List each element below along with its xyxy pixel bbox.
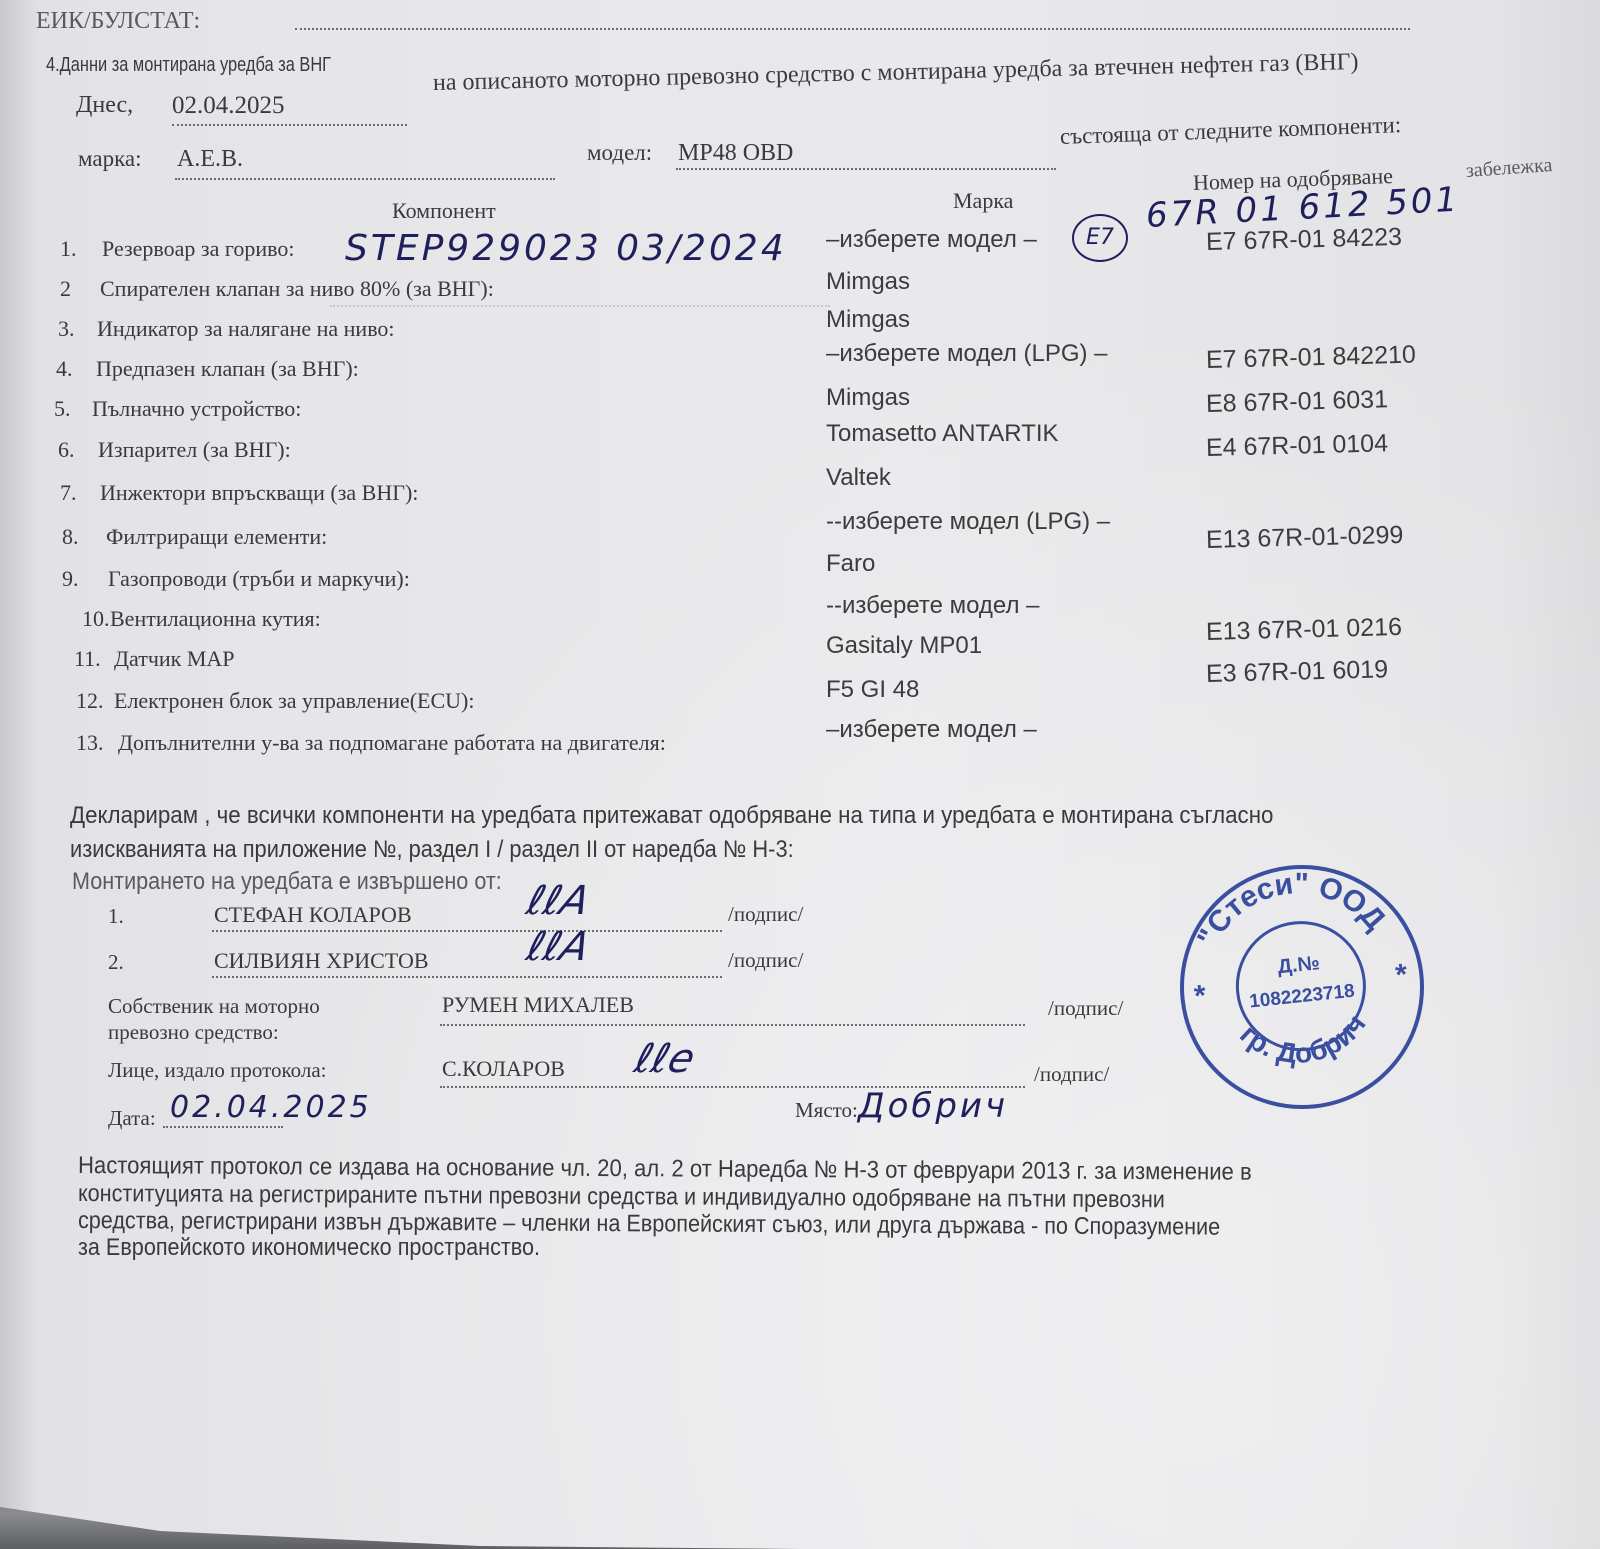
installed-by-label: Монтирането на уредбата е извършено от: — [72, 868, 502, 896]
component-label: Пълначно устройство: — [92, 396, 301, 422]
component-num: 6. — [58, 437, 75, 463]
component-label: Допълнителни у-ва за подпомагане работат… — [118, 730, 666, 756]
component-num: 13. — [76, 730, 104, 756]
installer-1-signature: ℓℓA — [522, 878, 595, 924]
company-stamp: "Стеси" ООД гр. Добрич * * Д.№ 108222371… — [1168, 853, 1436, 1121]
place-label: Място: — [795, 1098, 858, 1123]
component-label: Електронен блок за управление(ECU): — [114, 688, 475, 714]
row-dotted-line — [330, 305, 830, 307]
component-num: 11. — [74, 646, 101, 672]
system-brand: A.E.B. — [177, 146, 243, 173]
installer-2-signature: ℓℓA — [522, 924, 595, 970]
component-approval-number: E7 67R-01 84223 — [1206, 223, 1403, 257]
component-approval-number: E4 67R-01 0104 — [1206, 429, 1389, 463]
owner-line — [440, 1024, 1025, 1026]
issuer-name: С.КОЛАРОВ — [442, 1056, 565, 1082]
installer-2-sign-label: /подпис/ — [728, 948, 803, 973]
component-num: 12. — [76, 688, 104, 714]
footer-line-4: за Европейското икономическо пространств… — [78, 1234, 540, 1262]
component-label: Филтриращи елементи: — [106, 524, 327, 550]
install-date: 02.04.2025 — [172, 92, 285, 120]
issuer-label: Лице, издало протокола: — [108, 1058, 326, 1083]
owner-sign-label: /подпис/ — [1048, 996, 1123, 1021]
component-approval-number: E13 67R-01 0216 — [1206, 613, 1403, 647]
component-brand: –изберете модел – — [826, 716, 1037, 744]
declaration-line-1: Декларирам , че всички компоненти на уре… — [70, 802, 1273, 830]
model-line — [676, 168, 1056, 170]
install-date-line — [172, 124, 407, 126]
eik-field-line — [295, 28, 1410, 30]
component-brand: --изберете модел – — [826, 592, 1039, 620]
component-brand: –изберете модел – — [826, 226, 1037, 254]
component-num: 3. — [58, 316, 75, 342]
component-num: 4. — [56, 356, 73, 382]
handwritten-date: 02.04.2025 — [170, 1090, 372, 1125]
component-label: Вентилационна кутия: — [110, 606, 321, 632]
component-num: 1. — [60, 236, 77, 262]
date-line — [163, 1126, 283, 1128]
handwritten-e7-circle: E7 — [1072, 214, 1128, 262]
vehicle-description: на описаното моторно превозно средство с… — [433, 49, 1359, 97]
component-brand: Tomasetto ANTARTIK — [826, 420, 1059, 448]
installer-2-line — [212, 976, 722, 978]
today-label: Днес, — [76, 92, 133, 119]
header-component: Компонент — [392, 198, 496, 224]
component-approval-number: E3 67R-01 6019 — [1206, 655, 1389, 689]
component-brand: Mimgas — [826, 268, 910, 296]
declaration-line-2: изискванията на приложение №, раздел I /… — [70, 836, 794, 864]
issuer-sign-label: /подпис/ — [1034, 1062, 1109, 1087]
brand-label: марка: — [78, 146, 142, 172]
components-intro: състояща от следните компоненти: — [1060, 112, 1402, 150]
component-approval-number: E13 67R-01-0299 — [1206, 521, 1404, 555]
installer-2-num: 2. — [108, 950, 124, 975]
brand-line — [175, 178, 555, 180]
handwritten-place: Добрич — [858, 1086, 1008, 1126]
component-label: Спирателен клапан за ниво 80% (за ВНГ): — [100, 276, 494, 302]
header-note: забележка — [1465, 154, 1553, 183]
component-num: 5. — [54, 396, 71, 422]
floor-background — [0, 1489, 1600, 1549]
stamp-dn-label: Д.№ — [1236, 948, 1362, 984]
component-brand: --изберете модел (LPG) – — [826, 508, 1110, 536]
component-label: Предпазен клапан (за ВНГ): — [96, 356, 359, 382]
eik-label: ЕИК/БУЛСТАТ: — [36, 8, 200, 35]
component-label: Изпарител (за ВНГ): — [98, 437, 291, 463]
component-brand: F5 GI 48 — [826, 676, 919, 704]
component-num: 9. — [62, 566, 79, 592]
component-brand: Mimgas — [826, 306, 910, 334]
component-num: 2 — [60, 276, 71, 302]
section-title: 4.Данни за монтирана уредба за ВНГ — [46, 54, 331, 77]
component-approval-number: E7 67R-01 842210 — [1206, 341, 1417, 375]
component-brand: Gasitaly MP01 — [826, 632, 982, 660]
system-model: MP48 OBD — [678, 140, 793, 167]
stamp-dn-number: 1082223718 — [1233, 979, 1371, 1015]
component-num: 7. — [60, 480, 77, 506]
date-label: Дата: — [108, 1106, 156, 1131]
component-label: Газопроводи (тръби и маркучи): — [108, 566, 410, 592]
owner-name: РУМЕН МИХАЛЕВ — [442, 992, 634, 1018]
installer-1-num: 1. — [108, 904, 124, 929]
component-brand: –изберете модел (LPG) – — [826, 340, 1108, 368]
issuer-signature: ℓℓe — [630, 1036, 700, 1082]
component-num: 8. — [62, 524, 79, 550]
owner-label-1: Собственик на моторно — [108, 994, 320, 1019]
component-brand: Valtek — [826, 464, 891, 492]
component-num: 10. — [82, 606, 110, 632]
document-paper: ЕИК/БУЛСТАТ: 4.Данни за монтирана уредба… — [0, 0, 1600, 1549]
component-approval-number: E8 67R-01 6031 — [1206, 385, 1389, 419]
component-brand: Faro — [826, 550, 875, 578]
handwritten-tank-serial: STEP929023 03/2024 — [345, 228, 787, 269]
component-brand: Mimgas — [826, 384, 910, 412]
component-label: Резервоар за гориво: — [102, 236, 295, 262]
installer-1-line — [212, 930, 722, 932]
component-label: Индикатор за налягане на ниво: — [97, 316, 395, 342]
installer-1-sign-label: /подпис/ — [728, 902, 803, 927]
owner-label-2: превозно средство: — [108, 1020, 279, 1045]
installer-2-name: СИЛВИЯН ХРИСТОВ — [214, 948, 429, 974]
component-label: Датчик MAP — [114, 646, 235, 672]
header-brand: Марка — [953, 188, 1013, 214]
model-label: модел: — [587, 140, 652, 166]
installer-1-name: СТЕФАН КОЛАРОВ — [214, 902, 412, 928]
component-label: Инжектори впръскващи (за ВНГ): — [100, 480, 418, 506]
